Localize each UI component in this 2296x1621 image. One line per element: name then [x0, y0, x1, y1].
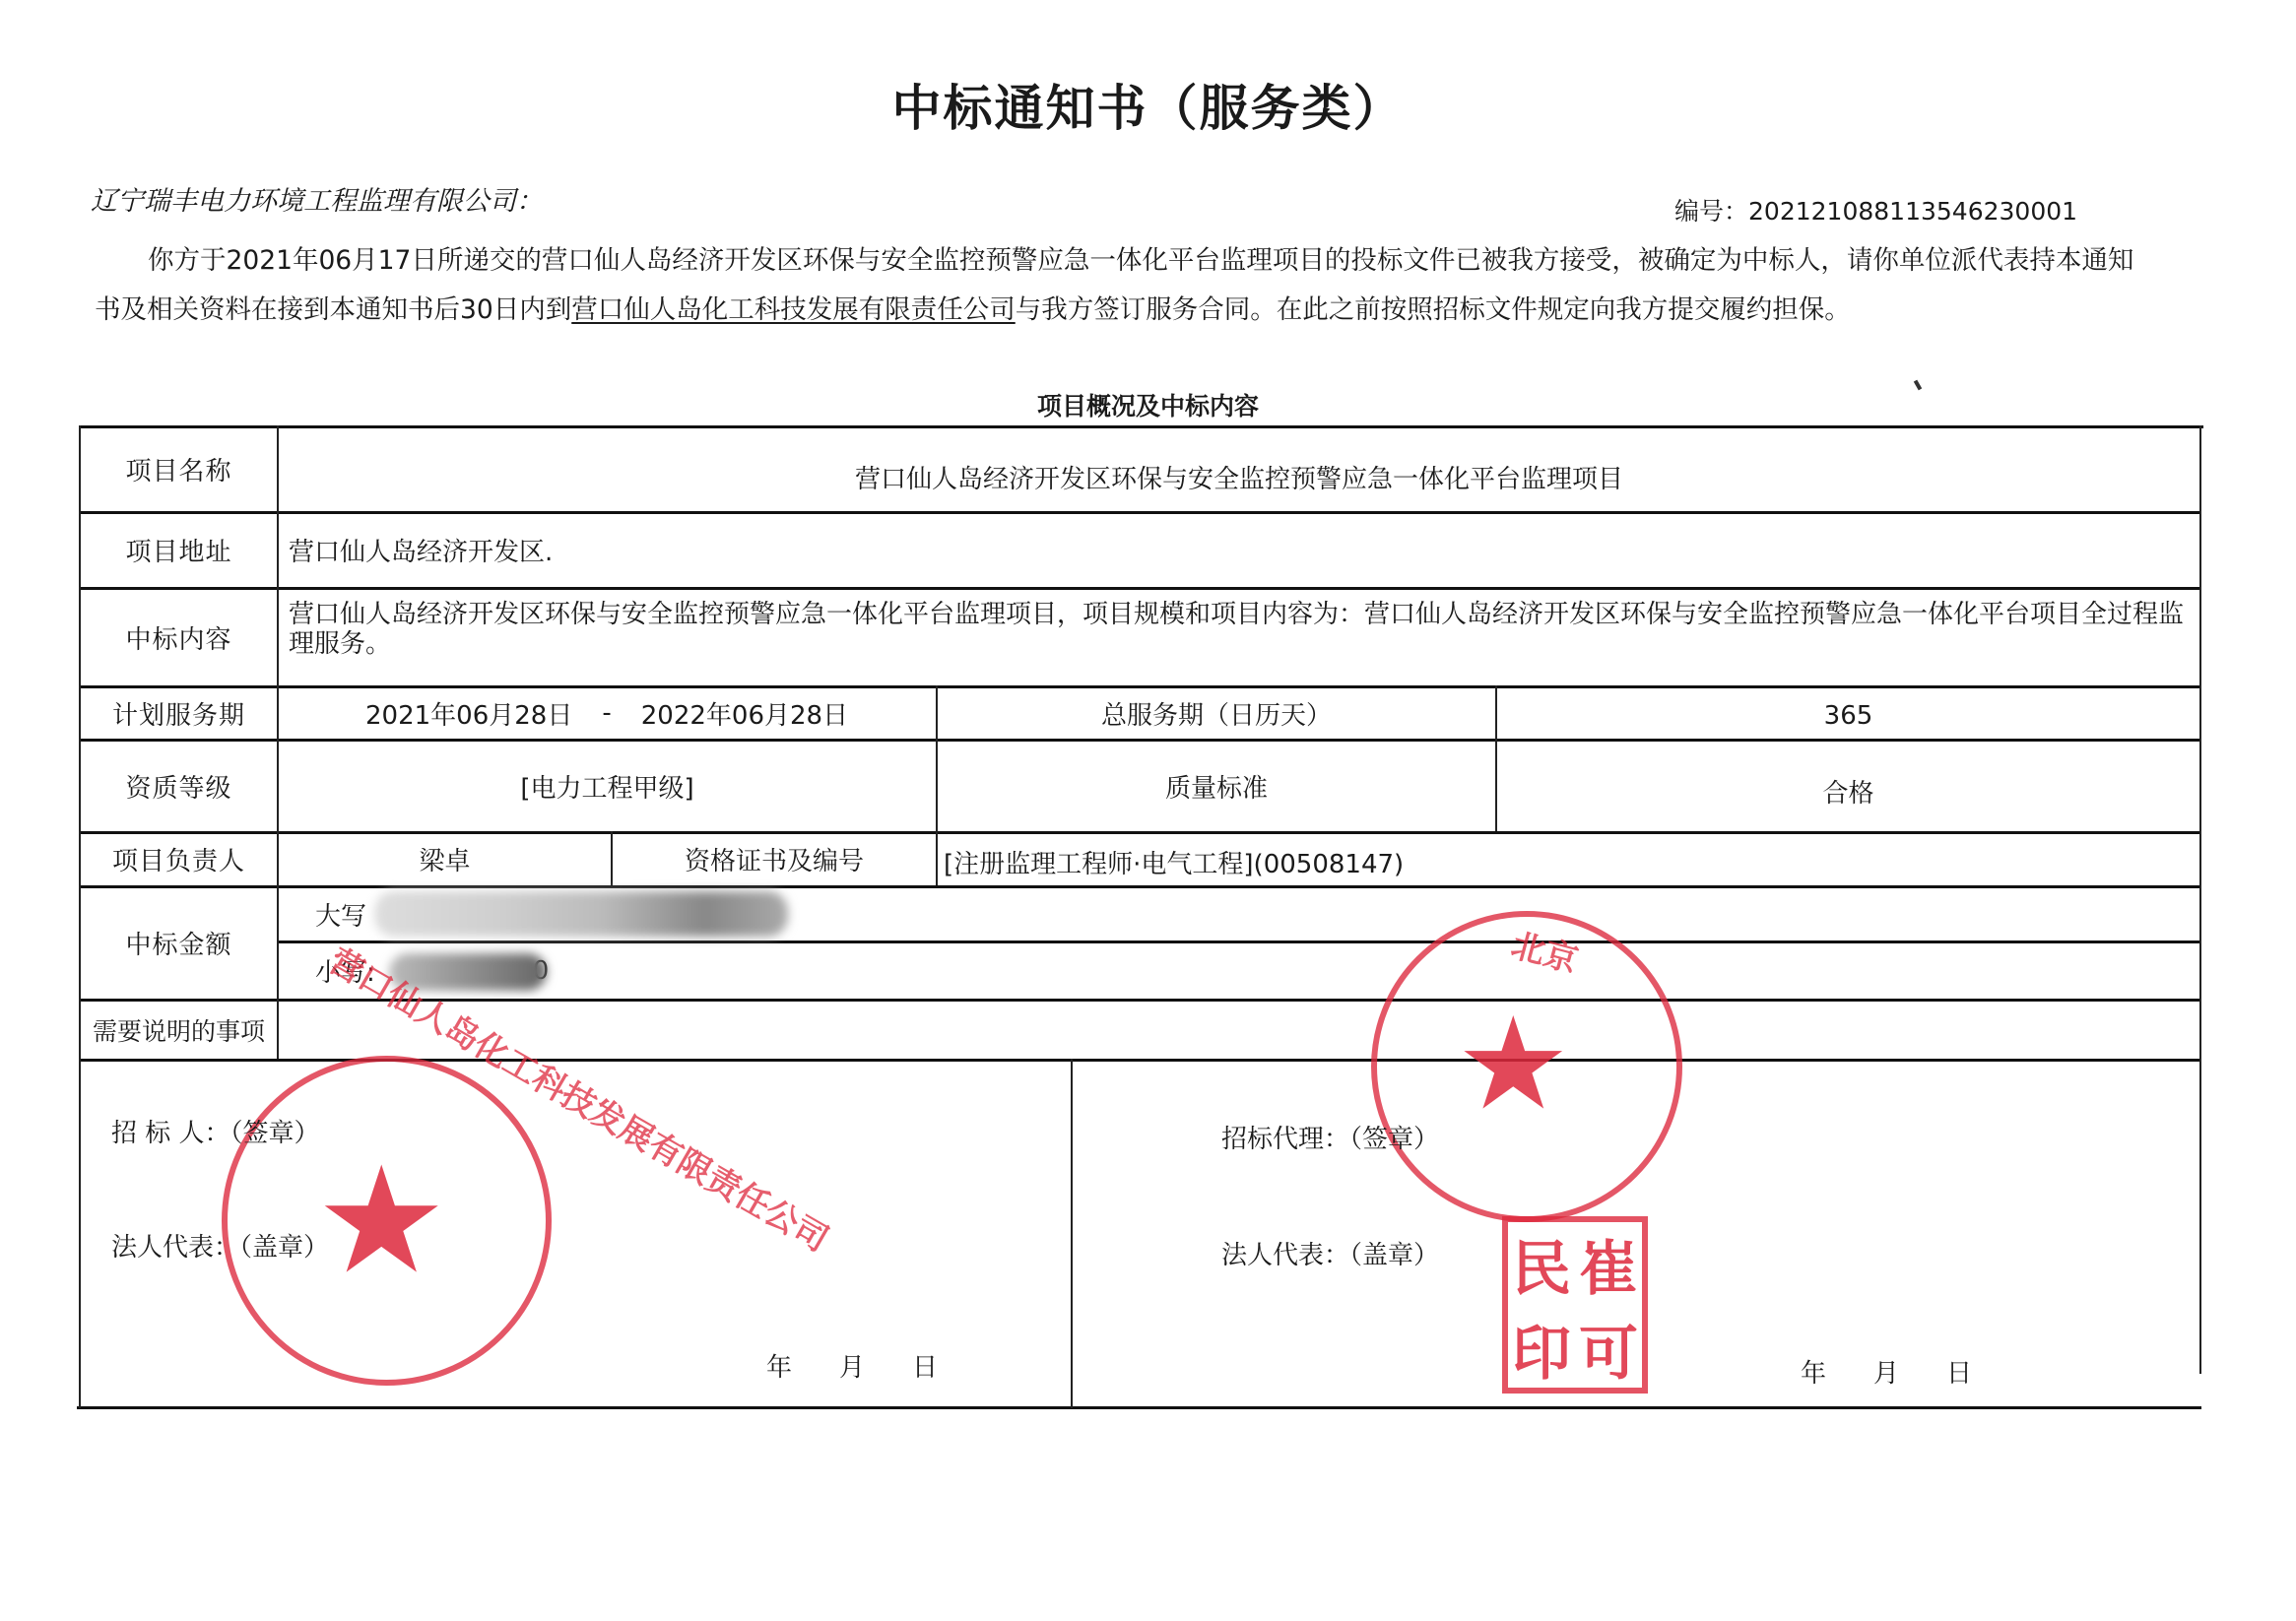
qualification-label: 资质等级: [81, 741, 277, 831]
amount-uppercase-label: 大写: [315, 896, 366, 933]
redacted-amount-uppercase: [374, 891, 788, 937]
paragraph-text: 与我方签订服务合同。在此之前按照招标文件规定向我方提交履约担保。: [1016, 294, 1851, 325]
table-border-bottom: [77, 1406, 2201, 1409]
project-address-label: 项目地址: [81, 513, 277, 587]
legal-rep-seal-placeholder: （盖章）: [239, 1233, 329, 1263]
agent-date: 年月日: [1801, 1353, 1972, 1390]
award-amount-label: 中标金额: [81, 887, 277, 999]
date-month: 月: [1873, 1359, 1899, 1389]
total-days-label: 总服务期（日历天）: [938, 687, 1495, 739]
project-name-label: 项目名称: [81, 427, 277, 511]
paragraph-text: 书及相关资料在接到本通知书后30日内到: [95, 294, 571, 325]
project-manager-value: 梁卓: [279, 833, 611, 885]
date-day: 日: [1946, 1359, 1972, 1389]
service-period-label: 计划服务期: [81, 687, 277, 739]
personal-seal-char: 崔: [1575, 1222, 1642, 1307]
tenderer-date: 年月日: [766, 1347, 938, 1384]
project-name-value: 营口仙人岛经济开发区环保与安全监控预警应急一体化平台监理项目: [279, 427, 2199, 511]
certificate-value: [注册监理工程师·电气工程](00508147): [938, 833, 2199, 885]
agent-label: 招标代理：（签章）: [1221, 1119, 1439, 1155]
document-title: 中标通知书（服务类）: [0, 69, 2296, 140]
agent-seal-placeholder: （签章）: [1349, 1125, 1439, 1154]
service-end-date: 2022年06月28日: [641, 695, 848, 732]
date-day: 日: [912, 1353, 938, 1383]
personal-seal-char: 民: [1508, 1222, 1575, 1307]
document-number-label: 编号：: [1674, 197, 1748, 226]
notice-paragraph-line-2: 书及相关资料在接到本通知书后30日内到营口仙人岛化工科技发展有限责任公司与我方签…: [95, 297, 1851, 324]
notes-value: [279, 1001, 2199, 1059]
signature-divider: [1071, 1059, 1073, 1408]
notice-paragraph-line-1: 你方于2021年06月17日所递交的营口仙人岛经济开发区环保与安全监控预警应急一…: [148, 248, 2133, 275]
personal-seal-char: 印: [1508, 1307, 1575, 1392]
tenderer-label-text: 招 标 人：: [111, 1119, 230, 1148]
legal-rep-seal-placeholder: （盖章）: [1349, 1241, 1439, 1270]
seal-star-icon: ★: [1456, 1000, 1571, 1128]
document-number-value: 202121088113546230001: [1748, 197, 2077, 226]
tenderer-legal-rep: 法人代表：（盖章）: [111, 1227, 329, 1264]
date-month: 月: [839, 1353, 865, 1383]
legal-rep-label: 法人代表：: [1221, 1241, 1349, 1270]
quality-standard-value: 合格: [1497, 741, 2199, 831]
service-period-value: 2021年06月28日 - 2022年06月28日: [279, 687, 936, 739]
quality-standard-label: 质量标准: [938, 741, 1495, 831]
personal-seal: 民 崔 印 可: [1502, 1216, 1648, 1394]
section-heading: 项目概况及中标内容: [0, 387, 2296, 422]
notes-label: 需要说明的事项: [81, 1001, 277, 1059]
qualification-value: [电力工程甲级]: [279, 741, 936, 831]
date-separator: -: [602, 698, 611, 728]
certificate-label: 资格证书及编号: [613, 833, 936, 885]
award-content-value: 营口仙人岛经济开发区环保与安全监控预警应急一体化平台监理项目，项目规模和项目内容…: [279, 589, 2195, 685]
project-manager-label: 项目负责人: [81, 833, 277, 885]
table-border-right: [2199, 1059, 2201, 1374]
tenderer-label: 招 标 人：（签章）: [111, 1113, 320, 1149]
agent-label-text: 招标代理：: [1221, 1125, 1349, 1154]
date-year: 年: [766, 1353, 792, 1383]
award-content-label: 中标内容: [81, 589, 277, 685]
table-border-right: [2199, 425, 2201, 1059]
addressee: 辽宁瑞丰电力环境工程监理有限公司：: [91, 179, 543, 218]
contracting-company: 营口仙人岛化工科技发展有限责任公司: [571, 294, 1016, 325]
date-year: 年: [1801, 1359, 1826, 1389]
legal-rep-label: 法人代表：: [111, 1233, 239, 1263]
total-days-value: 365: [1497, 687, 2199, 739]
document-number: 编号：202121088113546230001: [1674, 192, 2077, 227]
tenderer-seal-placeholder: （签章）: [230, 1119, 320, 1148]
personal-seal-char: 可: [1575, 1307, 1642, 1392]
seal-star-icon: ★: [315, 1147, 447, 1295]
service-start-date: 2021年06月28日: [365, 695, 572, 732]
project-address-value: 营口仙人岛经济开发区.: [279, 513, 2199, 587]
agent-legal-rep: 法人代表：（盖章）: [1221, 1235, 1439, 1271]
